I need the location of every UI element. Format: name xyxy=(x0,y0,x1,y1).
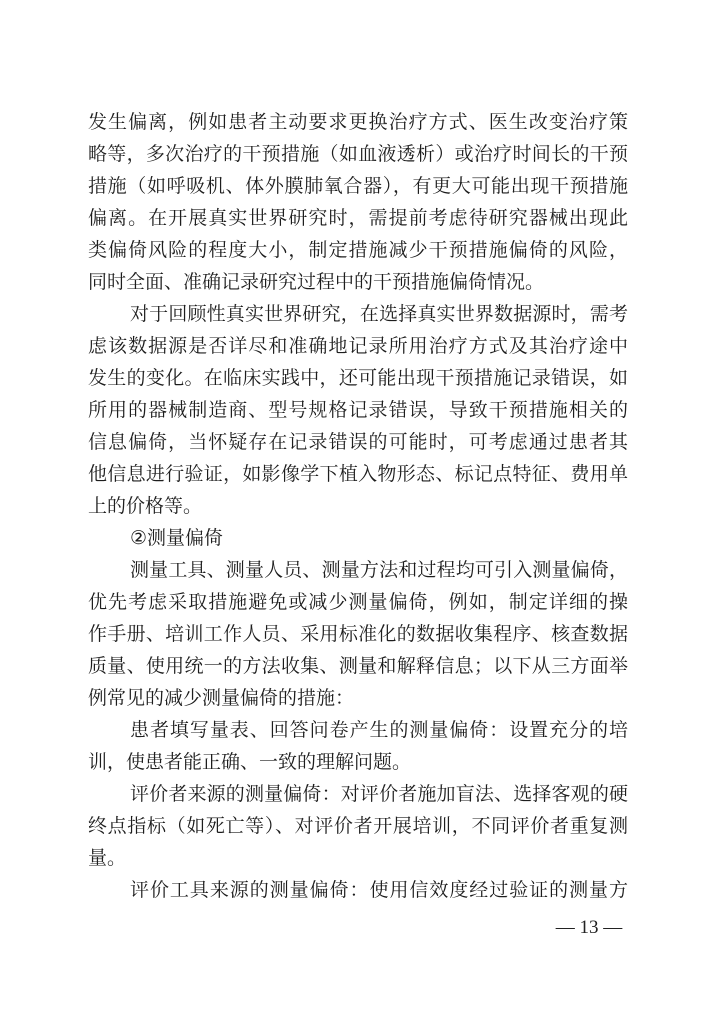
text-line: 优先考虑采取措施避免或减少测量偏倚，例如，制定详细的操 xyxy=(88,587,628,619)
section-heading-block: ②测量偏倚 xyxy=(88,523,628,555)
text-line: 评价者来源的测量偏倚：对评价者施加盲法、选择客观的硬 xyxy=(88,779,628,811)
text-line: 信息偏倚，当怀疑存在记录错误的可能时，可考虑通过患者其 xyxy=(88,427,628,459)
document-body: 发生偏离，例如患者主动要求更换治疗方式、医生改变治疗策 略等，多次治疗的干预措施… xyxy=(88,107,628,907)
text-line: 所用的器械制造商、型号规格记录错误，导致干预措施相关的 xyxy=(88,395,628,427)
text-line: 测量工具、测量人员、测量方法和过程均可引入测量偏倚， xyxy=(88,555,628,587)
text-line: 发生的变化。在临床实践中，还可能出现干预措施记录错误，如 xyxy=(88,363,628,395)
text-line: 同时全面、准确记录研究过程中的干预措施偏倚情况。 xyxy=(88,267,628,299)
paragraph: 评价者来源的测量偏倚：对评价者施加盲法、选择客观的硬 终点指标（如死亡等）、对评… xyxy=(88,779,628,875)
text-line: 训，使患者能正确、一致的理解问题。 xyxy=(88,747,628,779)
paragraph: 测量工具、测量人员、测量方法和过程均可引入测量偏倚， 优先考虑采取措施避免或减少… xyxy=(88,555,628,715)
text-line: 发生偏离，例如患者主动要求更换治疗方式、医生改变治疗策 xyxy=(88,107,628,139)
text-line: 对于回顾性真实世界研究，在选择真实世界数据源时，需考 xyxy=(88,299,628,331)
text-line: 终点指标（如死亡等）、对评价者开展培训，不同评价者重复测 xyxy=(88,811,628,843)
paragraph: 发生偏离，例如患者主动要求更换治疗方式、医生改变治疗策 略等，多次治疗的干预措施… xyxy=(88,107,628,299)
text-line: 类偏倚风险的程度大小，制定措施减少干预措施偏倚的风险， xyxy=(88,235,628,267)
text-line: 作手册、培训工作人员、采用标准化的数据收集程序、核查数据 xyxy=(88,619,628,651)
text-line: 他信息进行验证，如影像学下植入物形态、标记点特征、费用单 xyxy=(88,459,628,491)
text-line: 例常见的减少测量偏倚的措施： xyxy=(88,683,628,715)
text-line: 偏离。在开展真实世界研究时，需提前考虑待研究器械出现此 xyxy=(88,203,628,235)
text-line: 量。 xyxy=(88,843,628,875)
text-line: 质量、使用统一的方法收集、测量和解释信息；以下从三方面举 xyxy=(88,651,628,683)
text-line: 略等，多次治疗的干预措施（如血液透析）或治疗时间长的干预 xyxy=(88,139,628,171)
document-page: 发生偏离，例如患者主动要求更换治疗方式、医生改变治疗策 略等，多次治疗的干预措施… xyxy=(0,0,720,1018)
paragraph: 评价工具来源的测量偏倚：使用信效度经过验证的测量方 xyxy=(88,875,628,907)
text-line: 评价工具来源的测量偏倚：使用信效度经过验证的测量方 xyxy=(88,875,628,907)
paragraph: 患者填写量表、回答问卷产生的测量偏倚：设置充分的培 训，使患者能正确、一致的理解… xyxy=(88,715,628,779)
section-heading: ②测量偏倚 xyxy=(88,523,628,555)
text-line: 措施（如呼吸机、体外膜肺氧合器），有更大可能出现干预措施 xyxy=(88,171,628,203)
text-line: 虑该数据源是否详尽和准确地记录所用治疗方式及其治疗途中 xyxy=(88,331,628,363)
text-line: 上的价格等。 xyxy=(88,491,628,523)
paragraph: 对于回顾性真实世界研究，在选择真实世界数据源时，需考 虑该数据源是否详尽和准确地… xyxy=(88,299,628,523)
page-number: — 13 — xyxy=(548,914,630,942)
text-line: 患者填写量表、回答问卷产生的测量偏倚：设置充分的培 xyxy=(88,715,628,747)
